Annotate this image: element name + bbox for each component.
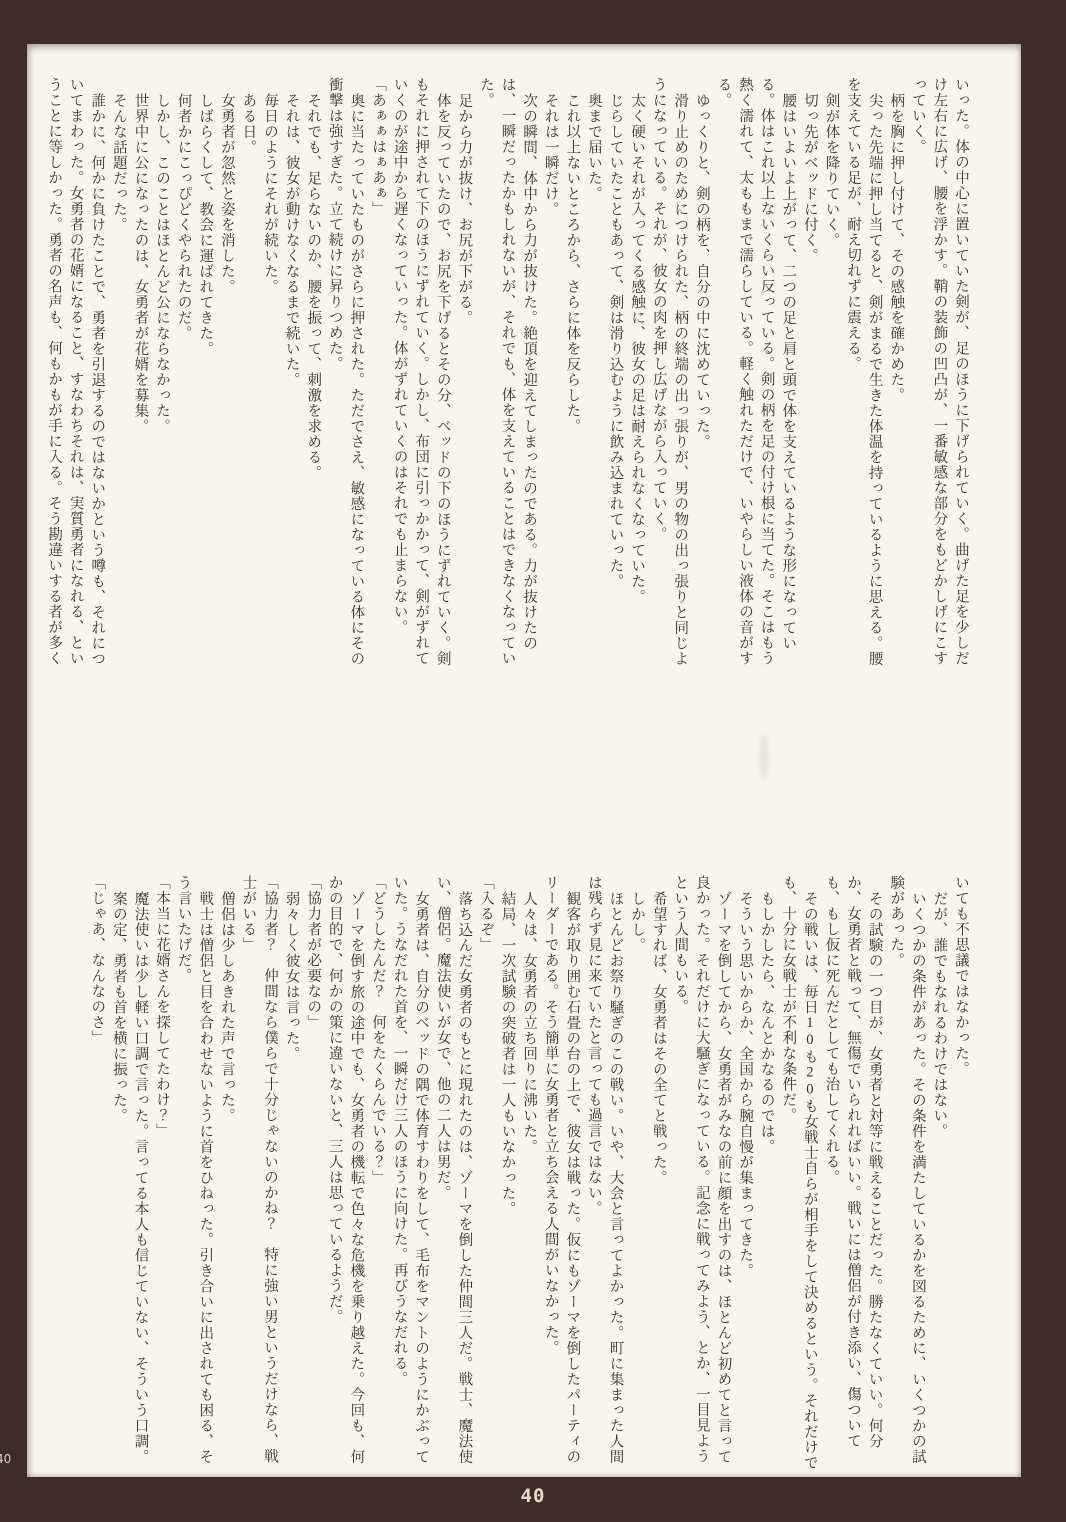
- paragraph: いても不思議ではなかった。: [949, 875, 971, 1479]
- paragraph: 誰かに、何かに負けたことで、勇者を引退するのではないかという噂も、それについてま…: [42, 77, 107, 666]
- paragraph: 観客が取り囲む石畳の台の上で、彼女は戦った。仮にもゾーマを倒したパーティのリーダ…: [539, 875, 582, 1479]
- paragraph: そんな話題だった。: [107, 77, 129, 666]
- paragraph: しばらくして、教会に運ばれてきた。: [194, 77, 216, 666]
- paragraph: 柄を胸に押し付けて、その感触を確かめた。: [885, 77, 907, 666]
- paragraph: 戦士は僧侶と目を合わせないように首をひねった。引き合いに出されても困る、そう言い…: [172, 875, 215, 1479]
- paragraph: 「協力者が必要なの」: [302, 875, 324, 1479]
- paragraph: 希望すれば、女勇者はその全てと戦った。: [647, 875, 669, 1479]
- paragraph: 滑り止めのためにつけられた、柄の終端の出っ張りが、男の物の出っ張りと同じようにな…: [647, 77, 690, 666]
- text-block-top: いった。体の中心に置いていた剣が、足のほうに下げられていく。曲げた足を少しだけ左…: [42, 77, 971, 666]
- edge-page-number: 40: [0, 1452, 11, 1466]
- paragraph: ゾーマを倒す旅の途中でも、女勇者の機転で色々な危機を乗り越えた。今回も、何かの目…: [323, 875, 366, 1479]
- text-block-bottom: いても不思議ではなかった。だが、誰でもなれるわけではない。いくつかの条件があった…: [86, 875, 971, 1479]
- paragraph: その戦いは、毎日10も20も女戦士自らが相手をして決めるという。それだけでも、十…: [777, 875, 820, 1479]
- paragraph: じらしていたこともあって、剣は滑り込むように飲み込まれていった。: [604, 77, 626, 666]
- scan-smudge: [760, 734, 768, 780]
- paragraph: 太く硬いそれが入ってくる感触に、彼女の足は耐えられなくなっていた。: [626, 77, 648, 666]
- paragraph: いった。体の中心に置いていた剣が、足のほうに下げられていく。曲げた足を少しだけ左…: [906, 77, 971, 666]
- book-page-paper: いった。体の中心に置いていた剣が、足のほうに下げられていく。曲げた足を少しだけ左…: [27, 44, 1021, 1477]
- page-number: 40: [521, 1485, 546, 1507]
- paragraph: だが、誰でもなれるわけではない。: [928, 875, 950, 1479]
- paragraph: 毎日のようにそれが続いた。: [258, 77, 280, 666]
- paragraph: ゆっくりと、剣の柄を、自分の中に沈めていった。: [690, 77, 712, 666]
- paragraph: いくつかの条件があった。その条件を満たしているかを図るために、いくつかの試験があ…: [885, 875, 928, 1479]
- paragraph: 剣が体を降りていく。: [820, 77, 842, 666]
- paragraph: 奥まで届いた。: [582, 77, 604, 666]
- paragraph: ゾーマを倒してから、女勇者がみなの前に顔を出すのは、ほとんど初めてと言って良かっ…: [669, 875, 734, 1479]
- paragraph: もしかしたら、なんとかなるのでは。: [755, 875, 777, 1479]
- paragraph: 「入るぞ」: [474, 875, 496, 1479]
- paragraph: 女勇者は、自分のベッドの隅で体育すわりをして、毛布をマントのようにかぶっていた。…: [388, 875, 431, 1479]
- paragraph: それは一瞬だけ。: [539, 77, 561, 666]
- paragraph: 何者かにこっぴどくやられたのだ。: [172, 77, 194, 666]
- paragraph: 魔法使いは少し軽い口調で言った。言ってる本人も信じていない、そういう口調。: [129, 875, 151, 1479]
- paragraph: これ以上ないところから、さらに体を反らした。: [561, 77, 583, 666]
- paragraph: 僧侶は少しあきれた声で言った。: [215, 875, 237, 1479]
- paragraph: それでも、足らないのか、腰を振って、刺激を求める。: [302, 77, 324, 666]
- paragraph: 世界中に公になったのは、女勇者が花婿を募集。: [129, 77, 151, 666]
- paragraph: 女勇者が忽然と姿を消した。: [215, 77, 237, 666]
- paragraph: 「じゃあ、なんなのさ」: [86, 875, 108, 1479]
- paragraph: しかし。: [626, 875, 648, 1479]
- paragraph: 落ち込んだ女勇者のもとに現れたのは、ゾーマを倒した仲間三人だ。戦士、魔法使い、僧…: [431, 875, 474, 1479]
- paragraph: 「本当に花婿さんを探してたわけ？」: [150, 875, 172, 1479]
- paragraph: 結局、一次試験の突破者は一人もいなかった。: [496, 875, 518, 1479]
- paragraph: 体を反っていたので、お尻を下げるとその分、ベッドの下のほうにずれていく。剣もそれ…: [388, 77, 453, 666]
- paragraph: 切っ先がベッドに付く。: [798, 77, 820, 666]
- paragraph: その試験の一つ目が、女勇者と対等に戦えることだった。勝たなくていい。何分か、女勇…: [820, 875, 885, 1479]
- paragraph: 「あぁぁはぁあぁ」: [366, 77, 388, 666]
- paragraph: ほとんどお祭り騒ぎのこの戦い。いや、大会と言ってよかった。町に集まった人間は残ら…: [582, 875, 625, 1479]
- paragraph: 弱々しく彼女は言った。: [280, 875, 302, 1479]
- paragraph: ある日。: [237, 77, 259, 666]
- paragraph: 尖った先端に押し当てると、剣がまるで生きた体温を持っているように思える。腰を支え…: [841, 77, 884, 666]
- paragraph: 「どうしたんだ？ 何をたくらんでいる？」: [366, 875, 388, 1479]
- paragraph: それは、彼女が動けなくなるまで続いた。: [280, 77, 302, 666]
- paragraph: 腰はいよいよ上がって、二つの足と肩と頭で体を支えているような形になっている。体は…: [712, 77, 798, 666]
- paragraph: 「協力者？ 仲間なら僕らで十分じゃないのかね？ 特に強い男というだけなら、戦士が…: [237, 875, 280, 1479]
- scanned-book-spread: { "page": { "language": "ja", "writing_d…: [0, 0, 1066, 1522]
- paragraph: 次の瞬間、体中から力が抜けた。絶頂を迎えてしまったのである。力が抜けたのは、一瞬…: [474, 77, 539, 666]
- paragraph: 人々は、女勇者の立ち回りに沸いた。: [518, 875, 540, 1479]
- paragraph: 足から力が抜け、お尻が下がる。: [453, 77, 475, 666]
- paragraph: そういう思いからか、全国から腕自慢が集まってきた。: [733, 875, 755, 1479]
- paragraph: 奥に当たっていたものがさらに押された。ただでさえ、敏感になっている体にその衝撃は…: [323, 77, 366, 666]
- paragraph: しかし、このことはほとんど公にならなかった。: [150, 77, 172, 666]
- paragraph: 案の定、勇者も首を横に振った。: [107, 875, 129, 1479]
